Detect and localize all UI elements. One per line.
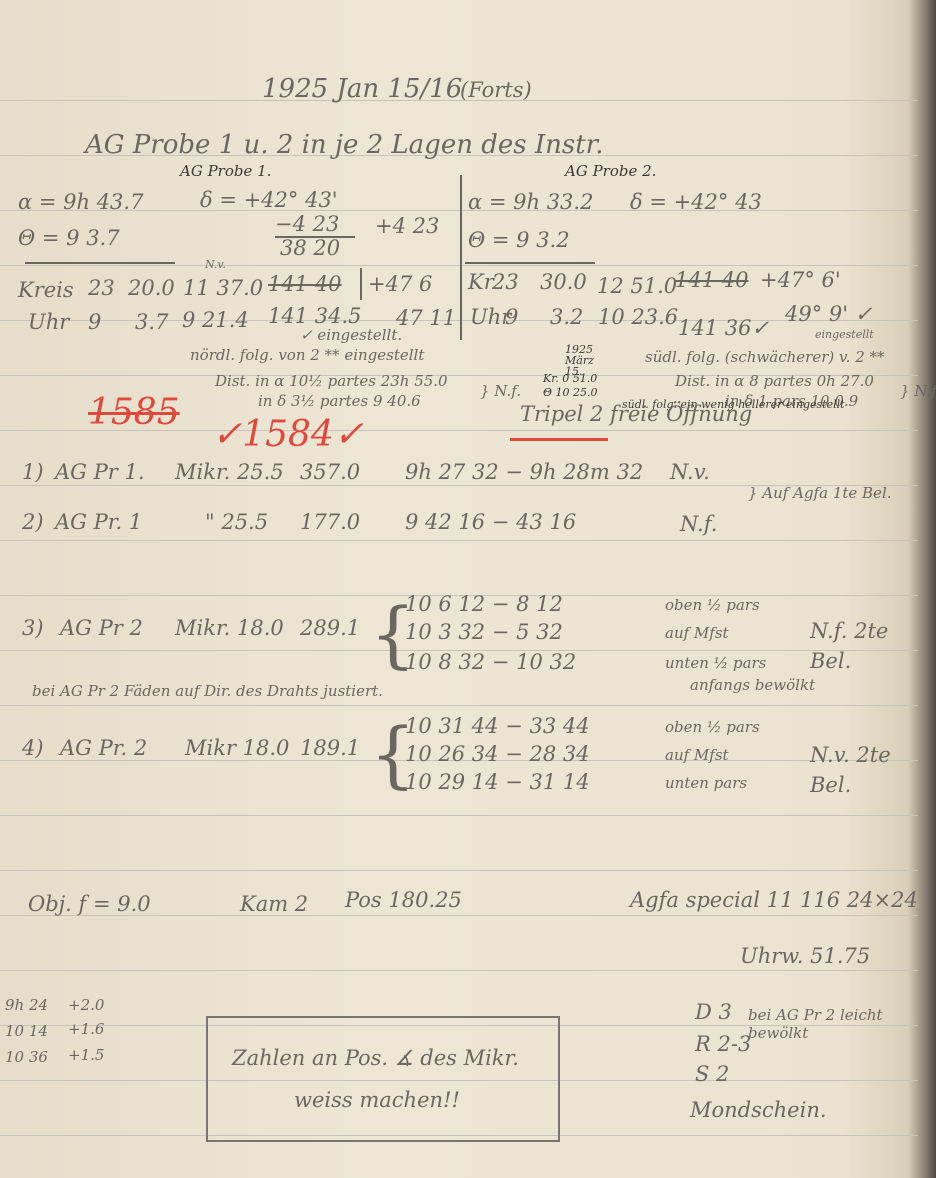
probe1-theta: Θ = 9 3.7: [18, 226, 120, 250]
ruled-line: [0, 970, 918, 971]
probe1-uhr-value: 141 34.5: [268, 304, 362, 328]
date-note: (Forts): [460, 78, 532, 102]
clock-value: +1.6: [68, 1020, 104, 1038]
probe1-dist-delta: in δ 3½ partes 9 40.6: [258, 392, 421, 410]
entry-row-time: 10 31 44 − 33 44: [405, 714, 590, 738]
red-number-new: ✓1584✓: [212, 414, 364, 455]
entry-number: 3): [22, 616, 44, 640]
probe1-eingestellt: ✓ eingestellt.: [300, 326, 402, 344]
entry-mikr: " 25.5: [205, 510, 268, 534]
entry-pos: 289.1: [300, 616, 360, 640]
ruled-line: [0, 265, 918, 266]
entry-row-time: 10 3 32 − 5 32: [405, 620, 563, 644]
probe1-correction: −4 23: [275, 212, 339, 236]
probe2-kreis-label: Kr: [468, 270, 494, 294]
probe1-nv: N.v.: [205, 258, 226, 271]
boxed-note: Zahlen an Pos. ∡ des Mikr. weiss machen!…: [206, 1016, 560, 1142]
clock-value: +1.5: [68, 1046, 104, 1064]
underline: [25, 262, 175, 264]
probe1-dist-alpha: Dist. in α 10½ partes 23h 55.0: [215, 372, 448, 390]
probe1-uhr-reading: 9 21.4: [182, 308, 249, 332]
probe2-dist-alpha: Dist. in α 8 partes 0h 27.0: [675, 372, 874, 390]
probe2-kreis-h: 23: [492, 270, 519, 294]
seeing-r: R 2-3: [695, 1032, 751, 1056]
probe1-kreis-m: 20.0: [128, 276, 175, 300]
entry-row-note: auf Mfst: [665, 746, 729, 764]
seeing-s: S 2: [695, 1062, 729, 1086]
entry-row-note: oben ½ pars: [665, 718, 760, 736]
probe1-nf: } N.f.: [480, 382, 521, 400]
entry-row-time: 10 8 32 − 10 32: [405, 650, 576, 674]
clock-value: +2.0: [68, 996, 104, 1014]
entry-number: 2): [22, 510, 44, 534]
entry-mikr: Mikr. 18.0: [175, 616, 284, 640]
ruled-line: [0, 705, 918, 706]
probe1-delta: δ = +42° 43': [200, 188, 338, 212]
side-kreis: Kr. 0 51.0: [543, 372, 597, 385]
column-divider: [460, 175, 462, 340]
entry-row-time: 10 26 34 − 28 34: [405, 742, 590, 766]
entry-time: 9h 27 32 − 9h 28m 32: [405, 460, 643, 484]
probe1-kreis-reading: 11 37.0: [183, 276, 263, 300]
probe1-plus: +4 23: [375, 214, 439, 238]
page-title: AG Probe 1 u. 2 in je 2 Lagen des Instr.: [85, 130, 604, 160]
probe2-alpha: α = 9h 33.2: [468, 190, 593, 214]
probe2-uhr-reading: 10 23.6: [598, 305, 678, 329]
entry-mikr: Mikr. 25.5: [175, 460, 284, 484]
probe1-kreis-h: 23: [88, 276, 115, 300]
divider: [360, 268, 362, 300]
entry-row-note: unten pars: [665, 774, 747, 792]
entry-row-note: unten ½ pars: [665, 654, 766, 672]
probe1-uhr-m: 3.7: [135, 310, 168, 334]
probe2-kreis-reading: 12 51.0: [597, 274, 677, 298]
probe1-note: nördl. folg. von 2 ** eingestellt: [190, 346, 424, 364]
boxed-note-line2: weiss machen!!: [294, 1088, 460, 1112]
probe1-alpha: α = 9h 43.7: [18, 190, 143, 214]
ruled-line: [0, 870, 918, 871]
ruled-line: [0, 815, 918, 816]
probe2-uhr-m: 3.2: [550, 305, 583, 329]
entry-mikr: Mikr 18.0: [185, 736, 289, 760]
clock-time: 10 36: [5, 1048, 48, 1066]
probe1-uhr-h: 9: [88, 310, 101, 334]
entry-row-note: auf Mfst: [665, 624, 729, 642]
probe1-correction-result: 38 20: [280, 236, 340, 260]
entry-row-note: oben ½ pars: [665, 596, 760, 614]
entry-row-time: 10 29 14 − 31 14: [405, 770, 590, 794]
clock-time: 9h 24: [5, 996, 48, 1014]
probe2-nf: } N.f.: [900, 382, 936, 400]
entry-pos: 357.0: [300, 460, 360, 484]
entry-pos: 189.1: [300, 736, 360, 760]
probe2-heading: AG Probe 2.: [565, 162, 656, 180]
entry-side-note: N.f. 2te Bel.: [810, 616, 930, 676]
tripel-note: Tripel 2 freie Öffnung: [520, 402, 752, 426]
red-number-old: 1585: [88, 392, 180, 433]
notebook-page: 1925 Jan 15/16 (Forts) AG Probe 1 u. 2 i…: [0, 0, 936, 1178]
underline: [465, 262, 595, 264]
entry-object: AG Pr. 2: [60, 736, 147, 760]
probe1-kreis-decl: +47 6: [368, 272, 432, 296]
probe1-kreis-label: Kreis: [18, 278, 74, 302]
probe1-uhr-decl: 47 11: [396, 306, 456, 330]
probe2-uhr-decl: 49° 9' ✓: [785, 302, 872, 326]
probe2-kreis-m: 30.0: [540, 270, 587, 294]
side-theta: Θ 10 25.0: [543, 386, 598, 399]
probe2-uhr-h: 9: [505, 305, 518, 329]
boxed-note-line1: Zahlen an Pos. ∡ des Mikr.: [232, 1046, 519, 1070]
entry-side-note: N.v. 2te Bel.: [810, 740, 930, 800]
seeing-d-note: bei AG Pr 2 leicht bewölkt: [748, 1006, 918, 1042]
entry-remark: bei AG Pr 2 Fäden auf Dir. des Drahts ju…: [32, 682, 383, 700]
seeing-d: D 3: [695, 1000, 732, 1024]
entry-object: AG Pr. 1: [55, 510, 142, 534]
entry-pos: 177.0: [300, 510, 360, 534]
probe1-uhr-label: Uhr: [28, 310, 69, 334]
page-date: 1925 Jan 15/16: [262, 74, 462, 104]
entry-object: AG Pr 1.: [55, 460, 145, 484]
entry-number: 1): [22, 460, 44, 484]
probe2-kreis-value: 141 40: [675, 268, 748, 292]
entry-direction: N.f.: [680, 512, 717, 536]
entry-direction: N.v.: [670, 460, 710, 484]
objective: Obj. f = 9.0: [28, 892, 151, 916]
entry-time: 9 42 16 − 43 16: [405, 510, 576, 534]
entry-number: 4): [22, 736, 44, 760]
entries-bracket-note: } Auf Agfa 1te Bel.: [748, 484, 892, 502]
entry-object: AG Pr 2: [60, 616, 143, 640]
ruled-line: [0, 540, 918, 541]
probe2-uhr-value: 141 36✓: [678, 316, 769, 340]
red-underline: [510, 438, 608, 441]
probe2-delta: δ = +42° 43: [630, 190, 762, 214]
position-angle: Pos 180.25: [345, 888, 462, 912]
probe2-theta: Θ = 9 3.2: [468, 228, 570, 252]
probe1-heading: AG Probe 1.: [180, 162, 271, 180]
entry-row-time: 10 6 12 − 8 12: [405, 592, 563, 616]
clock-time: 10 14: [5, 1022, 48, 1040]
probe2-eingestellt: eingestellt: [815, 328, 874, 341]
moon-note: Mondschein.: [690, 1098, 827, 1122]
clockwork: Uhrw. 51.75: [740, 944, 870, 968]
plate-type: Agfa special 11 116 24×24: [630, 888, 918, 912]
probe2-kreis-decl: +47° 6': [760, 268, 841, 292]
red-number-value: 1584: [242, 414, 334, 455]
probe1-kreis-value: 141 40: [268, 272, 341, 296]
probe2-note: südl. folg. (schwächerer) v. 2 **: [645, 348, 885, 366]
entry-under-note: anfangs bewölkt: [690, 676, 815, 694]
camera: Kam 2: [240, 892, 308, 916]
